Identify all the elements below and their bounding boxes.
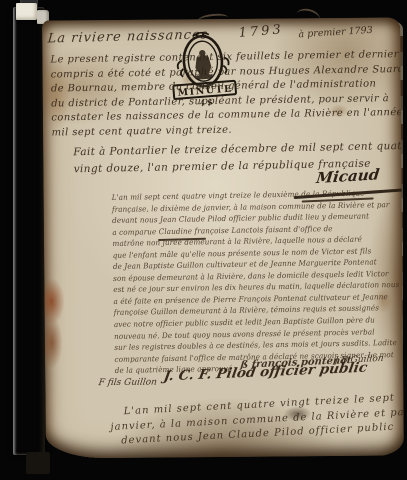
book-pages-edge <box>13 7 45 455</box>
stain <box>42 278 65 324</box>
header-annotation: à premier 1793 <box>298 25 373 41</box>
scanned-register-photo: La riviere naissances 1793 à premier 179… <box>0 0 407 480</box>
manuscript-page: La riviere naissances 1793 à premier 179… <box>42 17 404 458</box>
signature-micaud: Micaud <box>315 165 380 187</box>
book-board-shadow <box>26 452 50 474</box>
year-label: 1793 <box>238 22 284 40</box>
page-corner-tab <box>16 3 37 20</box>
registre-attestation-paragraph: Le present registre contenant six feuill… <box>50 48 404 141</box>
next-act-paragraph: L'an mil sept cent quatre vingt treize l… <box>109 391 403 450</box>
signature-witness-fils-guillon: F fils Guillon <box>98 378 158 389</box>
stain <box>42 316 63 368</box>
birth-act-paragraph: L'an mil sept cent quatre vingt treize l… <box>112 187 401 377</box>
